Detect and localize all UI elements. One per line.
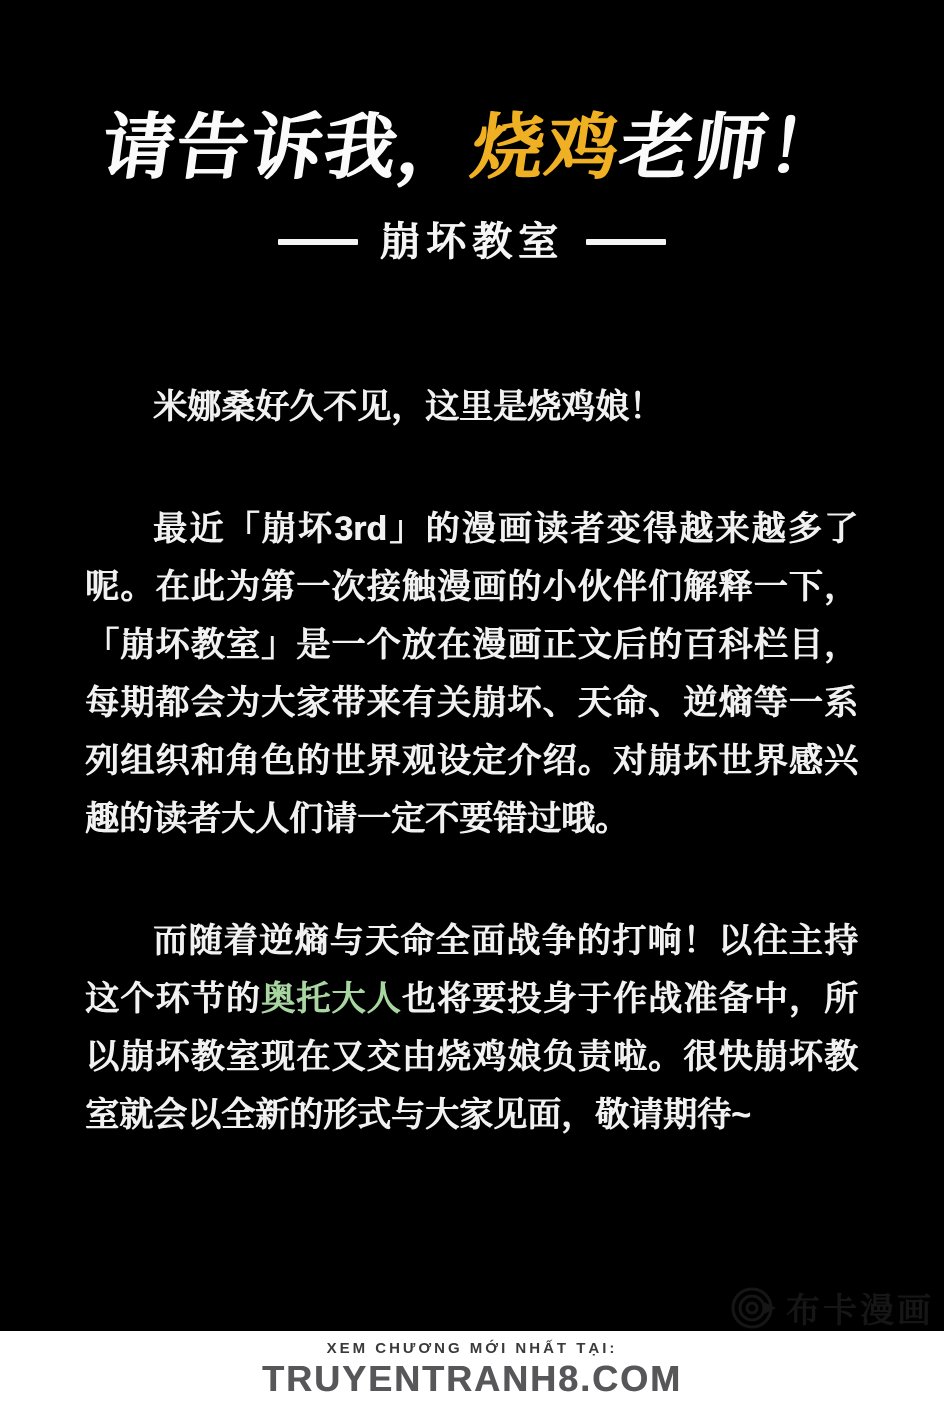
- watermark-logo-text: 布卡漫画: [786, 1287, 934, 1335]
- footer-tagline: XEM CHƯƠNG MỚI NHẤT TẠI:: [0, 1340, 944, 1358]
- text-line: 每期都会为大家带来有关崩坏、天命、逆熵等一系: [85, 674, 858, 732]
- text-segment: 每期都会为大家带来有关崩坏、天命、逆熵等一系: [85, 684, 858, 722]
- body-text: 米娜桑好久不见，这里是烧鸡娘！最近「崩坏3rd」的漫画读者变得越来越多了呢。在此…: [85, 378, 858, 1144]
- text-line: 而随着逆熵与天命全面战争的打响！以往主持: [85, 912, 858, 970]
- title-part-1: 请告诉我，: [96, 108, 477, 188]
- paragraph: 最近「崩坏3rd」的漫画读者变得越来越多了呢。在此为第一次接触漫画的小伙伴们解释…: [85, 500, 858, 848]
- subtitle: 崩坏教室: [0, 218, 944, 266]
- manga-info-page: 请告诉我，烧鸡老师！ 崩坏教室 米娜桑好久不见，这里是烧鸡娘！最近「崩坏3rd」…: [0, 0, 944, 1406]
- text-line: 米娜桑好久不见，这里是烧鸡娘！: [85, 378, 858, 436]
- watermark-logo: 布卡漫画: [730, 1284, 934, 1337]
- text-segment: 室就会以全新的形式与大家见面，敬请期待~: [85, 1096, 751, 1134]
- text-line: 呢。在此为第一次接触漫画的小伙伴们解释一下，: [85, 558, 858, 616]
- text-line: 「崩坏教室」是一个放在漫画正文后的百科栏目，: [85, 616, 858, 674]
- text-line: 这个环节的奥托大人也将要投身于作战准备中，所: [85, 970, 858, 1028]
- text-segment: 趣的读者大人们请一定不要错过哦。: [85, 800, 629, 838]
- subtitle-dash-right: [586, 239, 666, 245]
- text-segment: 以崩坏教室现在又交由烧鸡娘负责啦。很快崩坏教: [85, 1038, 858, 1076]
- paragraph: 而随着逆熵与天命全面战争的打响！以往主持这个环节的奥托大人也将要投身于作战准备中…: [85, 912, 858, 1144]
- text-line: 室就会以全新的形式与大家见面，敬请期待~: [85, 1086, 858, 1144]
- text-segment: 呢。在此为第一次接触漫画的小伙伴们解释一下，: [85, 568, 858, 606]
- text-segment: 最近「崩坏3rd」的漫画读者变得越来越多了: [153, 510, 858, 548]
- text-segment: 米娜桑好久不见，这里是烧鸡娘！: [153, 388, 663, 426]
- footer-watermark-strip: XEM CHƯƠNG MỚI NHẤT TẠI: TRUYENTRANH8.CO…: [0, 1331, 944, 1406]
- text-line: 以崩坏教室现在又交由烧鸡娘负责啦。很快崩坏教: [85, 1028, 858, 1086]
- text-line: 趣的读者大人们请一定不要错过哦。: [85, 790, 858, 848]
- paragraph: 米娜桑好久不见，这里是烧鸡娘！: [85, 378, 858, 436]
- subtitle-text: 崩坏教室: [380, 218, 564, 266]
- text-segment: 「崩坏教室」是一个放在漫画正文后的百科栏目，: [85, 626, 858, 664]
- highlighted-character-name: 奥托大人: [261, 980, 402, 1018]
- footer-site-name: TRUYENTRANH8.COM: [0, 1359, 944, 1399]
- title-highlight: 烧鸡: [466, 108, 625, 188]
- text-segment: 这个环节的: [85, 980, 261, 1018]
- subtitle-dash-left: [278, 239, 358, 245]
- spiral-arrow-logo-icon: [730, 1284, 778, 1337]
- text-segment: 列组织和角色的世界观设定介绍。对崩坏世界感兴: [85, 742, 858, 780]
- text-segment: 而随着逆熵与天命全面战争的打响！以往主持: [153, 922, 858, 960]
- title-part-2: 老师！: [614, 108, 847, 188]
- page-title: 请告诉我，烧鸡老师！: [0, 96, 944, 200]
- text-line: 列组织和角色的世界观设定介绍。对崩坏世界感兴: [85, 732, 858, 790]
- text-segment: 也将要投身于作战准备中，所: [402, 980, 858, 1018]
- text-line: 最近「崩坏3rd」的漫画读者变得越来越多了: [85, 500, 858, 558]
